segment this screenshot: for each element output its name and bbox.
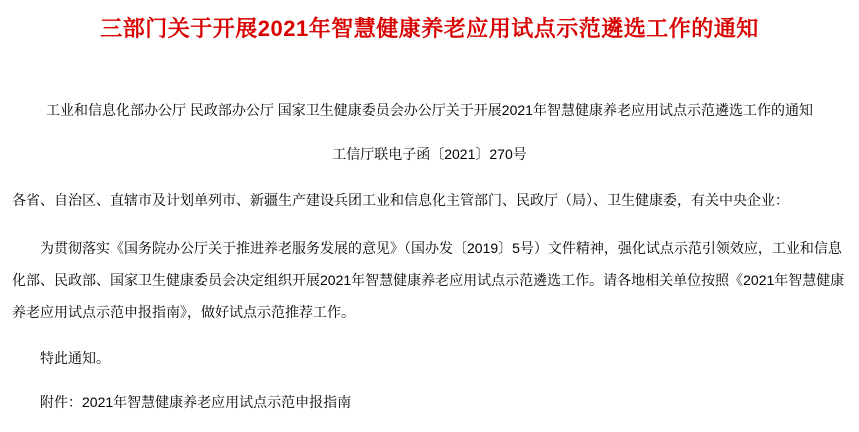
closing-line: 特此通知。 [12,342,847,374]
body-paragraph: 为贯彻落实《国务院办公厅关于推进养老服务发展的意见》（国办发〔2019〕5号）文… [12,232,847,328]
notice-document: 三部门关于开展2021年智慧健康养老应用试点示范遴选工作的通知 工业和信息化部办… [0,0,859,432]
notice-subtitle: 工业和信息化部办公厅 民政部办公厅 国家卫生健康委员会办公厅关于开展2021年智… [12,100,847,120]
doc-number: 工信厅联电子函〔2021〕270号 [12,144,847,164]
page-title: 三部门关于开展2021年智慧健康养老应用试点示范遴选工作的通知 [12,12,847,44]
attachment-line: 附件：2021年智慧健康养老应用试点示范申报指南 [12,386,847,418]
salutation-line: 各省、自治区、直辖市及计划单列市、新疆生产建设兵团工业和信息化主管部门、民政厅（… [12,190,847,210]
